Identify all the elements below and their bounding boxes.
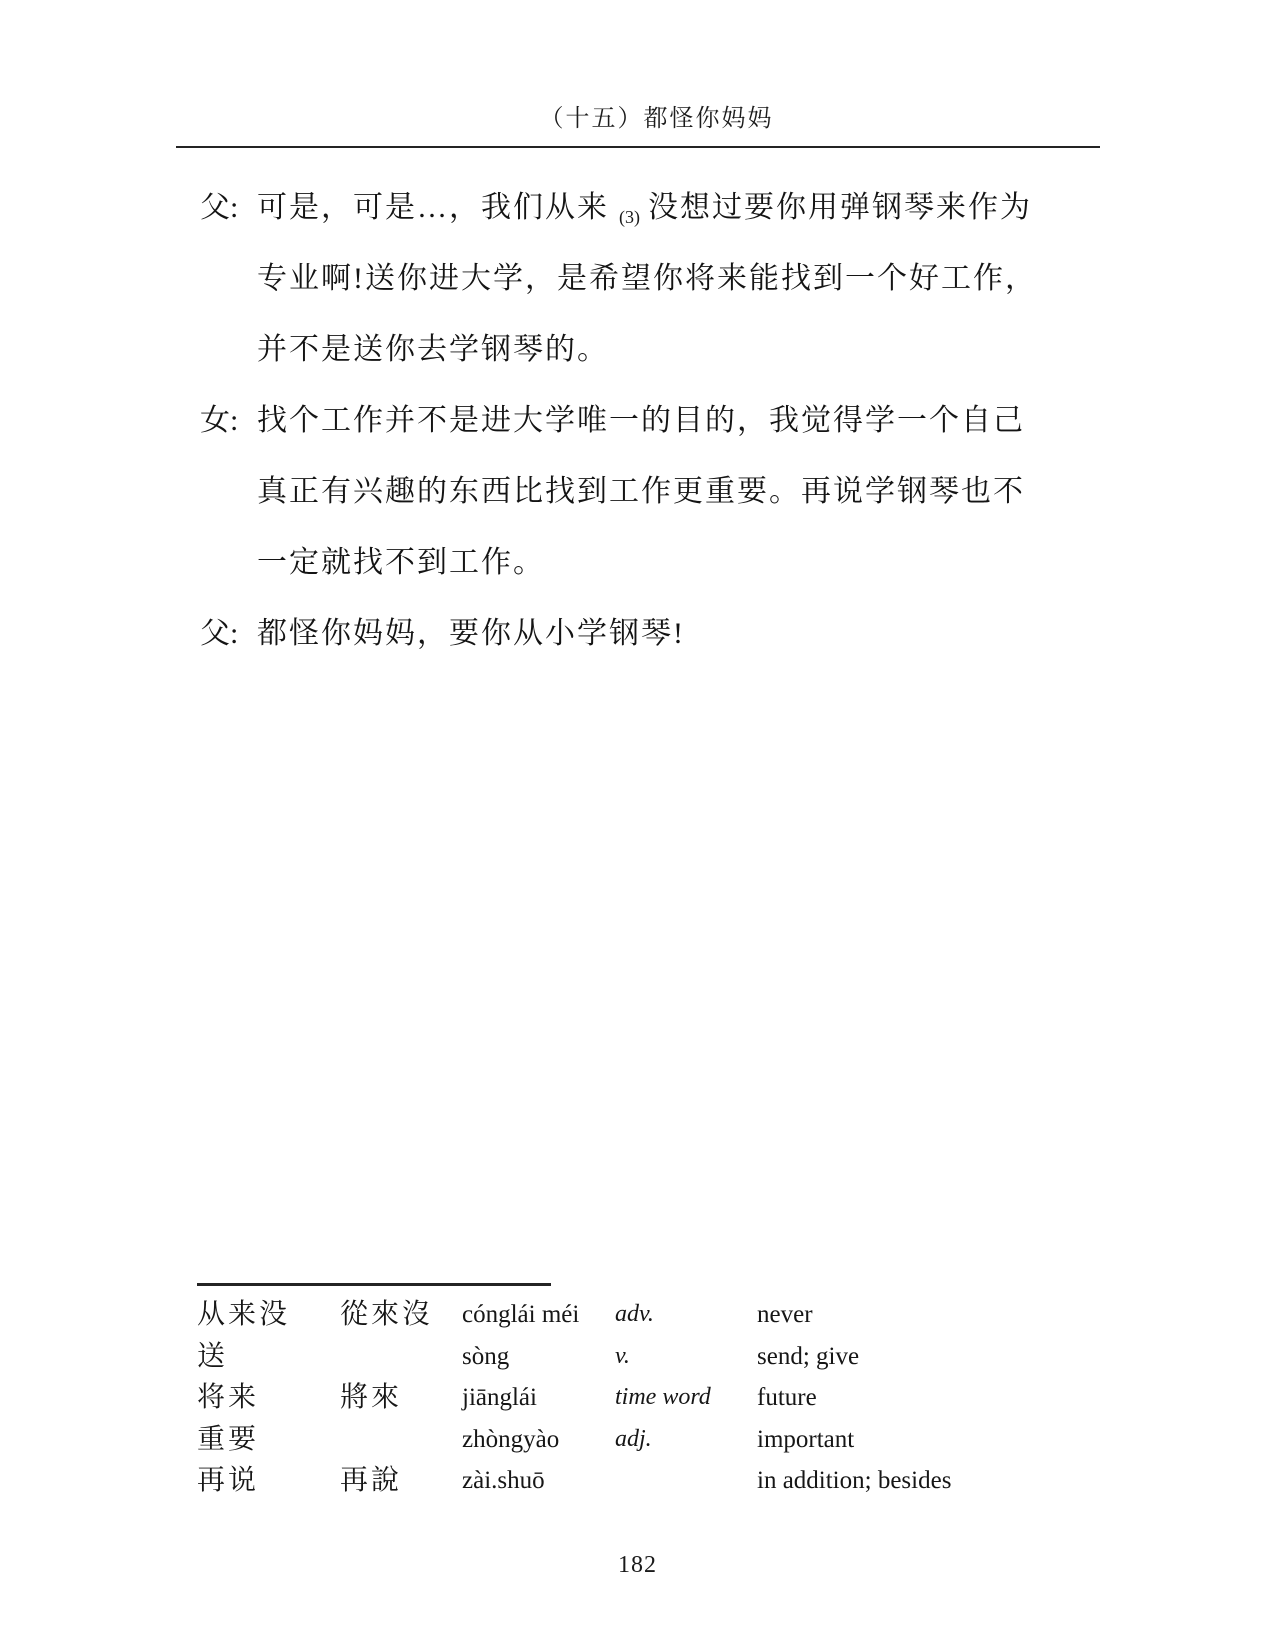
vocab-english: in addition; besides: [757, 1460, 951, 1502]
vocab-pinyin: cónglái méi: [462, 1294, 579, 1336]
dialogue-line: 女:找个工作并不是进大学唯一的目的，我觉得学一个自己: [200, 385, 1060, 456]
dialogue-text: 并不是送你去学钢琴的。: [257, 333, 609, 366]
dialogue-line: 父:可是，可是…，我们从来(3)没想过要你用弹钢琴来作为: [200, 172, 1060, 243]
vocab-pinyin: sòng: [462, 1336, 509, 1378]
vocab-pinyin: zài.shuō: [462, 1460, 545, 1502]
vocab-pinyin: zhòngyào: [462, 1419, 559, 1461]
dialogue-line: 专业啊!送你进大学，是希望你将来能找到一个好工作，: [200, 243, 1060, 314]
speaker-label: 父:: [200, 598, 257, 669]
textbook-page: （十五）都怪你妈妈 父:可是，可是…，我们从来(3)没想过要你用弹钢琴来作为 专…: [0, 0, 1275, 1650]
vocab-english: future: [757, 1377, 817, 1419]
dialogue-text: 可是，可是…，我们从来: [257, 191, 609, 224]
vocab-row: 将来 將來 jiānglái time word future: [197, 1377, 1077, 1419]
vocab-simplified: 从来没: [197, 1294, 290, 1336]
vocab-simplified: 送: [197, 1336, 228, 1378]
vocab-english: important: [757, 1419, 854, 1461]
vocab-traditional: 將來: [340, 1377, 402, 1419]
vocab-traditional: 再說: [340, 1460, 402, 1502]
footnote-ref: (3): [619, 182, 640, 253]
dialogue-line: 一定就找不到工作。: [200, 527, 1060, 598]
speaker-label: 父:: [200, 172, 257, 243]
dialogue-line: 父:都怪你妈妈，要你从小学钢琴!: [200, 598, 1060, 669]
vocab-pos: adj.: [615, 1419, 652, 1461]
vocab-row: 再说 再說 zài.shuō in addition; besides: [197, 1460, 1077, 1502]
dialogue-line: 并不是送你去学钢琴的。: [200, 314, 1060, 385]
vocab-table: 从来没 從來沒 cónglái méi adv. never 送 sòng v.…: [197, 1294, 1077, 1502]
vocab-pos: time word: [615, 1377, 711, 1419]
dialogue-text: 一定就找不到工作。: [257, 546, 545, 579]
vocab-simplified: 重要: [197, 1419, 259, 1461]
speaker-label: 女:: [200, 385, 257, 456]
vocab-traditional: 從來沒: [340, 1294, 433, 1336]
vocab-row: 从来没 從來沒 cónglái méi adv. never: [197, 1294, 1077, 1336]
vocab-pos: v.: [615, 1336, 630, 1378]
vocab-pos: adv.: [615, 1294, 654, 1336]
dialogue-line: 真正有兴趣的东西比找到工作更重要。再说学钢琴也不: [200, 456, 1060, 527]
page-title: （十五）都怪你妈妈: [0, 98, 1275, 133]
dialogue-text: 专业啊!送你进大学，是希望你将来能找到一个好工作，: [257, 262, 1037, 295]
vocab-english: send; give: [757, 1336, 859, 1378]
vocab-row: 重要 zhòngyào adj. important: [197, 1419, 1077, 1461]
header-rule: [176, 146, 1100, 148]
vocab-simplified: 再说: [197, 1460, 259, 1502]
dialogue-block: 父:可是，可是…，我们从来(3)没想过要你用弹钢琴来作为 专业啊!送你进大学，是…: [200, 172, 1060, 669]
dialogue-text: 真正有兴趣的东西比找到工作更重要。再说学钢琴也不: [257, 475, 1025, 508]
dialogue-text: 找个工作并不是进大学唯一的目的，我觉得学一个自己: [257, 404, 1025, 437]
vocab-pinyin: jiānglái: [462, 1377, 537, 1419]
page-number: 182: [0, 1552, 1275, 1579]
vocab-row: 送 sòng v. send; give: [197, 1336, 1077, 1378]
dialogue-text: 都怪你妈妈，要你从小学钢琴!: [257, 617, 685, 650]
vocab-simplified: 将来: [197, 1377, 259, 1419]
vocab-divider-rule: [197, 1283, 551, 1286]
dialogue-text: 没想过要你用弹钢琴来作为: [648, 191, 1032, 224]
vocab-english: never: [757, 1294, 813, 1336]
